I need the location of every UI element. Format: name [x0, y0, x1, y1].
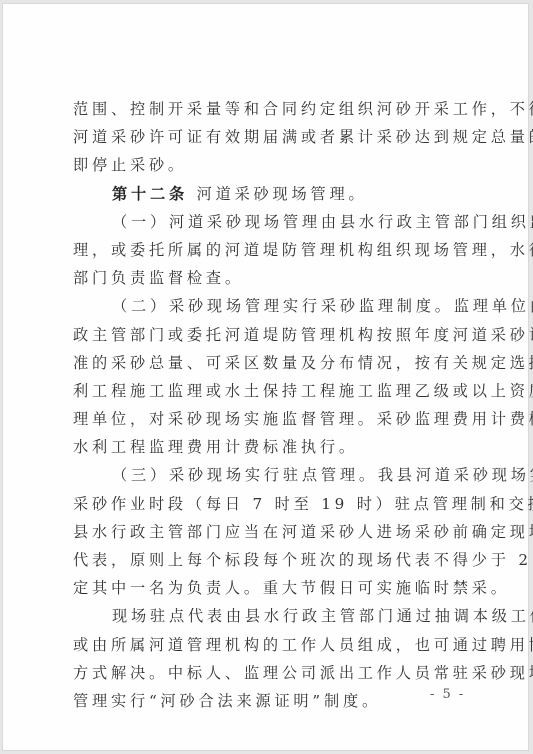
- text-line: 管理实行“河砂合法来源证明”制度。: [73, 687, 469, 715]
- text-line: 水利工程监理费用计费标准执行。: [73, 433, 469, 461]
- text-line: 定其中一名为负责人。重大节假日可实施临时禁采。: [73, 574, 469, 602]
- page-number: - 5 -: [430, 687, 465, 702]
- text-line: 方式解决。中标人、监理公司派出工作人员常驻采砂现场，现场: [73, 659, 469, 687]
- text-line: 理单位，对采砂现场实施监督管理。采砂监理费用计费标准参照: [73, 405, 469, 433]
- article-heading: 第十二条 河道采砂现场管理。: [73, 180, 469, 208]
- text-line: 代表，原则上每个标段每个班次的现场代表不得少于 2 名，并指: [73, 546, 469, 574]
- text-line: 现场驻点代表由县水行政主管部门通过抽调本级工作人员: [73, 602, 469, 630]
- body-text: 范围、控制开采量等和合同约定组织河砂开采工作，不得违规。 河道采砂许可证有效期届…: [73, 95, 469, 715]
- text-line: （二）采砂现场管理实行采砂监理制度。监理单位由县水行: [73, 292, 469, 320]
- text-line: 范围、控制开采量等和合同约定组织河砂开采工作，不得违规。: [73, 95, 469, 123]
- text-line: 利工程施工监理或水土保持工程施工监理乙级或以上资质的监: [73, 377, 469, 405]
- text-line: 政主管部门或委托河道堤防管理机构按照年度河道采砂计划批: [73, 321, 469, 349]
- text-line: 理，或委托所属的河道堤防管理机构组织现场管理，水行政主管: [73, 236, 469, 264]
- text-line: 或由所属河道管理机构的工作人员组成，也可通过聘用协管员的: [73, 631, 469, 659]
- text-line: （三）采砂现场实行驻点管理。我县河道采砂现场实行法定: [73, 461, 469, 489]
- article-number: 第十二条: [112, 185, 188, 203]
- text-line: 准的采砂总量、可采区数量及分布情况，按有关规定选择具备水: [73, 349, 469, 377]
- document-page: 范围、控制开采量等和合同约定组织河砂开采工作，不得违规。 河道采砂许可证有效期届…: [2, 3, 529, 751]
- text-line: 部门负责监督检查。: [73, 264, 469, 292]
- text-line: 采砂作业时段（每日 7 时至 19 时）驻点管理制和交接班制度。: [73, 490, 469, 518]
- text-line: 河道采砂许可证有效期届满或者累计采砂达到规定总量的应立: [73, 123, 469, 151]
- text-line: 即停止采砂。: [73, 151, 469, 179]
- text-line: （一）河道采砂现场管理由县水行政主管部门组织监督和管: [73, 208, 469, 236]
- article-title: 河道采砂现场管理。: [197, 185, 368, 203]
- text-line: 县水行政主管部门应当在河道采砂人进场采砂前确定现场驻点: [73, 518, 469, 546]
